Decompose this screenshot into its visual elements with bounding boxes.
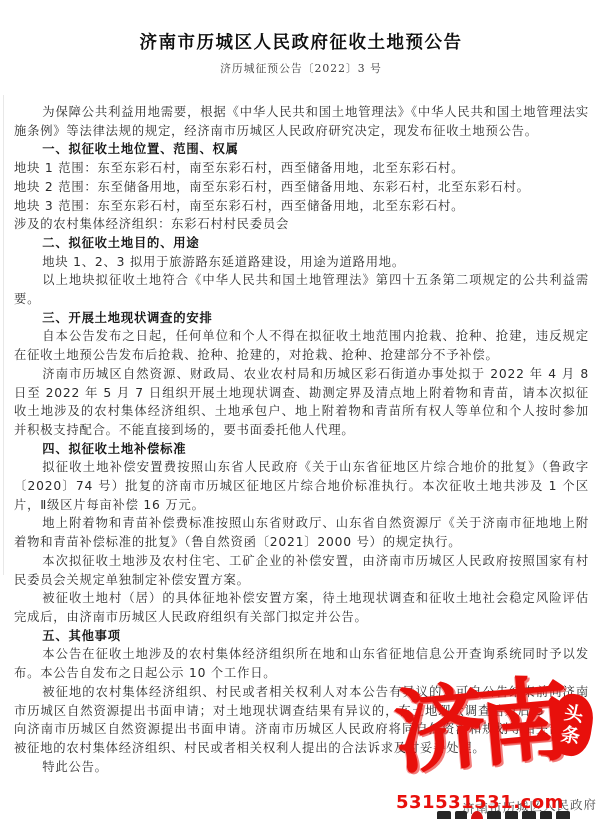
doc-paragraph: 地块 1、2、3 拟用于旅游路东延道路建设，用途为道路用地。: [14, 253, 589, 272]
page-title: 济南市历城区人民政府征收土地预公告: [0, 0, 602, 55]
watermark-url: 531531531.com: [396, 792, 564, 813]
doc-paragraph: 地块 1 范围：东至东彩石村，南至东彩石村，西至储备用地，北至东彩石村。: [14, 159, 589, 178]
scan-artifact-line: [3, 95, 4, 575]
announcement-page: 济南市历城区人民政府征收土地预公告 济历城征预公告〔2022〕3 号 为保障公共…: [0, 0, 602, 819]
doc-paragraph: 拟征收土地补偿安置费按照山东省人民政府《关于山东省征地区片综合地价的批复》（鲁政…: [14, 458, 589, 514]
doc-paragraph: 被征地的农村集体经济组织、村民或者相关权利人对本公告有异议的，可自公告结束前向济…: [14, 683, 589, 758]
doc-paragraph: 地块 2 范围：东至储备用地，南至东彩石村，西至储备用地、东彩石村，北至东彩石村…: [14, 178, 589, 197]
doc-body: 为保障公共利益用地需要，根据《中华人民共和国土地管理法》《中华人民共和国土地管理…: [14, 103, 589, 776]
section-heading: 四、拟征收土地补偿标准: [14, 440, 589, 459]
badge-char-bottom: 条: [559, 724, 581, 749]
doc-paragraph: 特此公告。: [14, 758, 589, 777]
doc-paragraph: 济南市历城区自然资源、财政局、农业农村局和历城区彩石街道办事处拟于 2022 年…: [14, 365, 589, 440]
doc-number: 济历城征预公告〔2022〕3 号: [0, 61, 602, 76]
badge-char-top: 头: [563, 702, 585, 727]
doc-paragraph: 地上附着物和青苗补偿费标准按照山东省财政厅、山东省自然资源厅《关于济南市征地地上…: [14, 514, 589, 551]
doc-paragraph: 以上地块拟征收土地符合《中华人民共和国土地管理法》第四十五条第二项规定的公共利益…: [14, 271, 589, 308]
section-heading: 三、开展土地现状调查的安排: [14, 309, 589, 328]
doc-paragraph: 涉及的农村集体经济组织：东彩石村村民委员会: [14, 215, 589, 234]
doc-paragraph: 为保障公共利益用地需要，根据《中华人民共和国土地管理法》《中华人民共和国土地管理…: [14, 103, 589, 140]
doc-paragraph: 本公告在征收土地涉及的农村集体经济组织所在地和山东省征地信息公开查询系统同时予以…: [14, 645, 589, 682]
section-heading: 一、拟征收土地位置、范围、权属: [14, 140, 589, 159]
section-heading: 五、其他事项: [14, 627, 589, 646]
doc-paragraph: 本次拟征收土地涉及农村住宅、工矿企业的补偿安置，由济南市历城区人民政府按照国家有…: [14, 552, 589, 589]
section-heading: 二、拟征收土地目的、用途: [14, 234, 589, 253]
doc-paragraph: 自本公告发布之日起，任何单位和个人不得在拟征收土地范围内抢栽、抢种、抢建，违反规…: [14, 327, 589, 364]
doc-paragraph: 被征收土地村（居）的具体征地补偿安置方案，待土地现状调查和征收土地社会稳定风险评…: [14, 589, 589, 626]
doc-paragraph: 地块 3 范围：东至东彩石村，南至东彩石村，西至储备用地，北至东彩石村。: [14, 197, 589, 216]
